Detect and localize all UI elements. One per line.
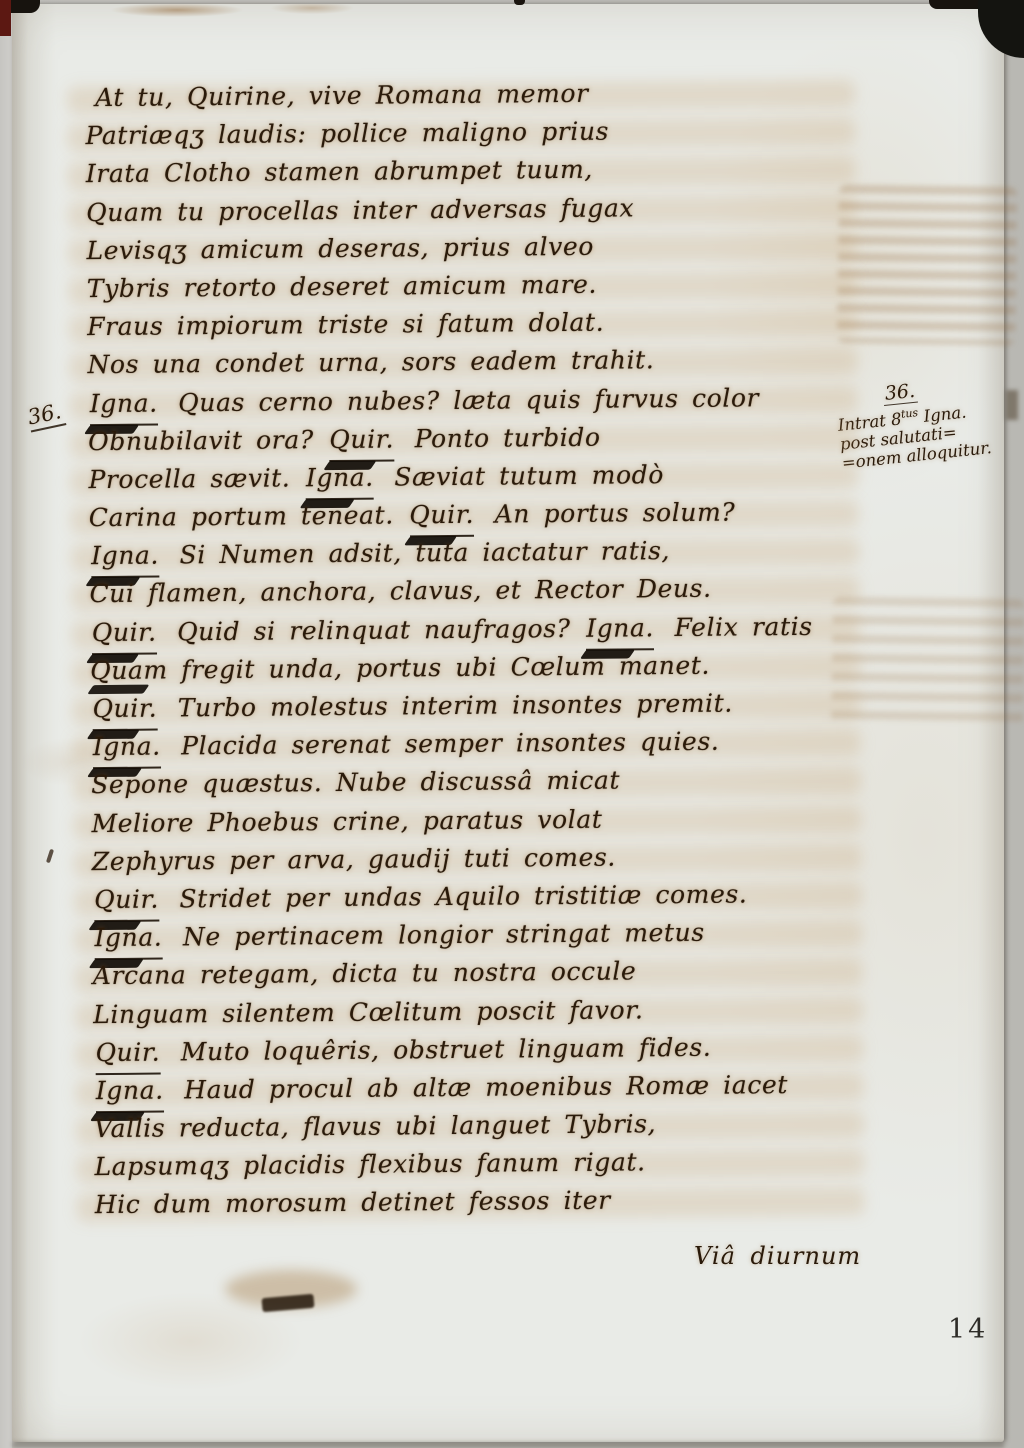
speaker-label: Quir. (92, 613, 157, 655)
verse-line: Igna. Si Numen adsit, tuta iactatur rati… (77, 531, 819, 576)
speaker-label: Quir. (94, 880, 159, 922)
verse-line: Meliore Phoebus crine, paratus volat (79, 798, 821, 843)
verse-text: Quam fregit unda, portus ubi Cœlum manet… (90, 651, 710, 685)
verse-line: Arcana retegam, dicta tu nostra occule (81, 951, 823, 996)
page-edge-stain (1006, 390, 1018, 420)
verse-text: Si Numen adsit, tuta iactatur ratis, (179, 536, 670, 569)
manuscript-page: 36. 36. Intrat 8tus Igna. post salutati=… (12, 4, 1004, 1442)
verse-text: Meliore Phoebus crine, paratus volat (91, 804, 602, 837)
verse-line: Obnubilavit ora? Quir. Ponto turbido (76, 416, 818, 461)
verse-text: Cui flamen, anchora, clavus, et Rector D… (89, 574, 711, 608)
verse-line: Cui flamen, anchora, clavus, et Rector D… (77, 569, 819, 614)
verse-text: Haud procul ab altæ moenibus Romæ iacet (184, 1070, 788, 1104)
verse-text: At tu, Quirine, vive Romana memor (95, 79, 589, 112)
verse-text: Stridet per undas Aquilo tristitiæ comes… (179, 879, 747, 913)
verse-line: Igna. Quas cerno nubes? læta quis furvus… (76, 378, 818, 423)
verse-line: Zephyrus per arva, gaudij tuti comes. (80, 837, 822, 882)
verse-line: Quam fregit unda, portus ubi Cœlum manet… (78, 646, 820, 691)
verse-line: Patriæqʒ laudis: pollice maligno prius (73, 111, 815, 156)
verse-line: Hic dum morosum detinet fessos iter (83, 1180, 825, 1225)
speaker-label: Igna. (90, 384, 158, 426)
verse-text: Quid si relinquat naufragos? (177, 614, 571, 646)
verse-text: Sepone quæstus. Nube discussâ micat (91, 766, 620, 800)
page-bottom-shadow (12, 1442, 1004, 1448)
verse-text: An portus solum? (495, 498, 736, 529)
verse-text: Muto loquêris, obstruet linguam fides. (181, 1032, 712, 1066)
speaker-label: Igna. (93, 728, 161, 770)
binding-edge-top-left (0, 0, 11, 36)
verse-line: Quir. Turbo molestus interim insontes pr… (78, 684, 820, 729)
text-block: At tu, Quirine, vive Romana memor Patriæ… (73, 73, 825, 1225)
verse-text: Placida serenat semper insontes quies. (181, 727, 719, 761)
verse-line: Lapsumqʒ placidis flexibus fanum rigat. (82, 1142, 824, 1187)
left-margin-scene-number: 36. (26, 399, 67, 433)
verse-line: Carina portum teneat. Quir. An portus so… (77, 493, 819, 538)
speaker-label: Quir. (92, 690, 157, 732)
verse-text: Zephyrus per arva, gaudij tuti comes. (92, 842, 616, 876)
verse-text: Sæviat tutum modò (394, 460, 664, 491)
verse-text: Hic dum morosum detinet fessos iter (95, 1186, 611, 1220)
verse-text: Turbo molestus interim insontes premit. (178, 689, 733, 723)
verse-line: Quir. Quid si relinquat naufragos? Igna.… (78, 607, 820, 652)
verse-line: Nos una condet urna, sors eadem trahit. (75, 340, 817, 385)
verse-text: Ne pertinacem longior stringat metus (183, 918, 705, 952)
verse-text: Linguam silentem Cœlitum poscit favor. (93, 995, 644, 1029)
speaker-label: Igna. (91, 537, 159, 579)
verse-text: Patriæqʒ laudis: pollice maligno prius (85, 117, 609, 151)
verse-line: Vallis reducta, flavus ubi languet Tybri… (82, 1104, 824, 1149)
speaker-label: Quir. (95, 1033, 160, 1075)
verse-text: Quas cerno nubes? læta quis furvus color (178, 383, 759, 417)
speaker-label: Igna. (586, 609, 654, 651)
verse-line: Igna. Placida serenat semper insontes qu… (79, 722, 821, 767)
verse-text: Arcana retegam, dicta tu nostra occule (93, 957, 637, 991)
superscript-abbreviation: tus (900, 406, 918, 421)
stray-ink-mark (46, 849, 54, 864)
speaker-label: Quir. (409, 496, 474, 538)
verse-line: Linguam silentem Cœlitum poscit favor. (81, 989, 823, 1034)
verse-line: Irata Clotho stamen abrumpet tuum, (74, 149, 816, 194)
verse-line: Sepone quæstus. Nube discussâ micat (79, 760, 821, 805)
verse-text: Tybris retorto deseret amicum mare. (87, 270, 597, 303)
verse-line: Quir. Muto loquêris, obstruet linguam fi… (81, 1027, 823, 1072)
right-margin-stage-direction: 36. Intrat 8tus Igna. post salutati= =on… (834, 370, 1024, 472)
verse-text: Obnubilavit ora? (88, 425, 314, 456)
ink-smudge (261, 1294, 314, 1312)
verse-line: Levisqʒ amicum deseras, prius alveo (74, 226, 816, 271)
verse-text: Lapsumqʒ placidis flexibus fanum rigat. (94, 1148, 645, 1182)
verse-text: Procella sævit. (88, 463, 290, 494)
verse-line: At tu, Quirine, vive Romana memor (73, 73, 815, 118)
verse-text: Nos una condet urna, sors eadem trahit. (87, 346, 654, 380)
verse-line: Igna. Haud procul ab altæ moenibus Romæ … (82, 1066, 824, 1111)
verse-text: Ponto turbido (415, 422, 601, 453)
verse-line: Quir. Stridet per undas Aquilo tristitiæ… (80, 875, 822, 920)
manuscript-scan: 36. 36. Intrat 8tus Igna. post salutati=… (0, 0, 1024, 1448)
page-number: 14 (948, 1314, 988, 1345)
margin-note-number: 36. (882, 382, 918, 406)
speaker-label: Igna. (96, 1071, 164, 1113)
catchword: Viâ diurnum (694, 1242, 861, 1270)
verse-text: Levisqʒ amicum deseras, prius alveo (86, 231, 594, 264)
verse-line: Fraus impiorum triste si fatum dolat. (75, 302, 817, 347)
verse-text: Felix ratis (674, 611, 812, 641)
verse-text: Irata Clotho stamen abrumpet tuum, (86, 155, 593, 188)
verse-text: Vallis reducta, flavus ubi languet Tybri… (94, 1109, 656, 1143)
speaker-label: Igna. (306, 459, 374, 501)
verso-bleedthrough-upper (837, 185, 1017, 345)
speaker-label: Igna. (94, 919, 162, 961)
verse-line: Quam tu procellas inter adversas fugax (74, 187, 816, 232)
speaker-label: Quir. (329, 420, 394, 462)
verse-text: Carina portum teneat. (89, 501, 394, 533)
verse-text: Quam tu procellas inter adversas fugax (86, 193, 634, 227)
verse-line: Tybris retorto deseret amicum mare. (75, 264, 817, 309)
verse-line: Procella sævit. Igna. Sæviat tutum modò (76, 455, 818, 500)
verse-line: Igna. Ne pertinacem longior stringat met… (80, 913, 822, 958)
verse-text: Fraus impiorum triste si fatum dolat. (87, 308, 604, 342)
